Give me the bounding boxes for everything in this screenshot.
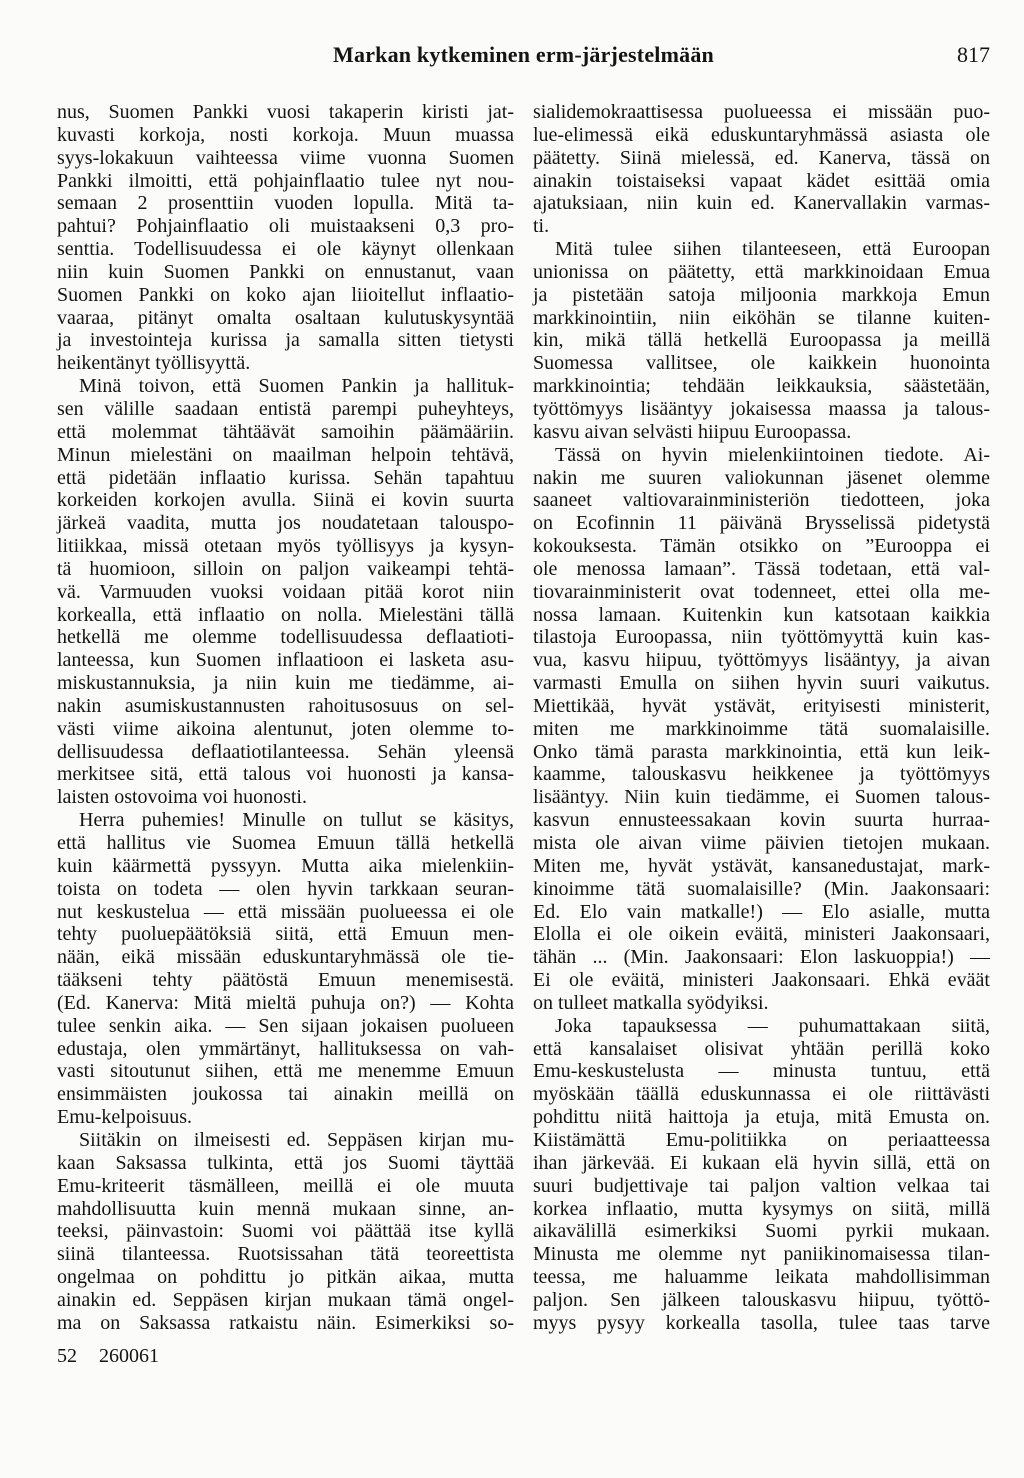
paragraph: Herra puhemies! Minulle on tullut se käs… bbox=[57, 809, 514, 1129]
print-code: 260061 bbox=[99, 1345, 159, 1367]
text-line: päätetty. Siinä mielessä, ed. Kanerva, t… bbox=[533, 147, 990, 170]
text-line: syys-lokakuun vaihteessa viime vuonna Su… bbox=[57, 147, 514, 170]
text-line: lanteessa, kun Suomen inflaatioon ei las… bbox=[57, 649, 514, 672]
page-footer: 52 260061 bbox=[57, 1344, 159, 1368]
text-line: merkitsee sitä, että talous voi huonosti… bbox=[57, 763, 514, 786]
text-line: senttia. Todellisuudessa ei ole käynyt o… bbox=[57, 238, 514, 261]
text-line: Miten me, hyvät ystävät, kansanedustajat… bbox=[533, 855, 990, 878]
text-line: että molemmat tähtäävät samoihin päämäär… bbox=[57, 421, 514, 444]
text-line: varmasti Emulla on siihen hyvin suuri va… bbox=[533, 672, 990, 695]
text-line: Suomen Pankki on koko ajan liioitellut i… bbox=[57, 284, 514, 307]
text-line: aikavälillä esimerkiksi Suomi pyrkii muk… bbox=[533, 1220, 990, 1243]
text-line: ja investointeja kurissa ja samalla sitt… bbox=[57, 329, 514, 352]
text-line: nus, Suomen Pankki vuosi takaperin kiris… bbox=[57, 101, 514, 124]
text-line: nakin asumiskustannusten rahoitusosuus o… bbox=[57, 695, 514, 718]
text-line: kasvun ennusteessakaan kovin suurta hurr… bbox=[533, 809, 990, 832]
text-line: edustaja, olen ymmärtänyt, hallituksessa… bbox=[57, 1038, 514, 1061]
text-line: Emu-keskustelusta — minusta tuntuu, että bbox=[533, 1060, 990, 1083]
text-line: unionissa on päätetty, että markkinoidaa… bbox=[533, 261, 990, 284]
text-line: heikentänyt työllisyyttä. bbox=[57, 352, 514, 375]
text-line: mahdollisuutta kuin mennä mukaan sinne, … bbox=[57, 1198, 514, 1221]
text-line: ainakin toistaiseksi vapaat kädet esittä… bbox=[533, 170, 990, 193]
text-line: Tässä on hyvin mielenkiintoinen tiedote.… bbox=[533, 444, 990, 467]
text-line: vasti sitoutunut siihen, että me menemme… bbox=[57, 1060, 514, 1083]
text-line: saaneet valtiovarainministeriön tiedotte… bbox=[533, 489, 990, 512]
text-line: tähän ... (Min. Jaakonsaari: Elon laskuo… bbox=[533, 946, 990, 969]
text-line: ensimmäisten joukossa tai ainakin meillä… bbox=[57, 1083, 514, 1106]
running-title: Markan kytkeminen erm-järjestelmään bbox=[57, 42, 990, 68]
text-line: korkea inflaatio, mutta kysymys on siitä… bbox=[533, 1198, 990, 1221]
text-columns: nus, Suomen Pankki vuosi takaperin kiris… bbox=[57, 101, 990, 1335]
text-line: tilastoja Euroopassa, niin työttömyyttä … bbox=[533, 626, 990, 649]
text-line: Siitäkin on ilmeisesti ed. Seppäsen kirj… bbox=[57, 1129, 514, 1152]
text-line: paljon. Sen jälkeen talouskasvu hiipuu, … bbox=[533, 1289, 990, 1312]
text-line: markkinointia; tehdään leikkauksia, sääs… bbox=[533, 375, 990, 398]
text-line: miten me markkinoimme tätä suomalaisille… bbox=[533, 718, 990, 741]
text-line: tehty puoluepäätöksiä siitä, että Emuun … bbox=[57, 923, 514, 946]
text-line: pahtui? Pohjainflaatio oli muistaakseni … bbox=[57, 215, 514, 238]
text-line: Suomessa vallitsee, ole kaikkein huonoin… bbox=[533, 352, 990, 375]
text-line: myöskään täällä eduskunnassa ei ole riit… bbox=[533, 1083, 990, 1106]
text-line: ole menossa lamaan”. Tässä todetaan, ett… bbox=[533, 558, 990, 581]
text-line: niin kuin Suomen Pankki on ennustanut, v… bbox=[57, 261, 514, 284]
text-line: mista ole aivan viime päivien tietojen m… bbox=[533, 832, 990, 855]
text-line: vua, kasvu hiipuu, työttömyys lisääntyy,… bbox=[533, 649, 990, 672]
text-line: on Ecofinnin 11 päivänä Brysselissä pide… bbox=[533, 512, 990, 535]
text-line: nään, eikä missään eduskuntaryhmässä ole… bbox=[57, 946, 514, 969]
text-line: Onko tämä parasta markkinointia, että ku… bbox=[533, 741, 990, 764]
text-line: hetkellä me olemme todellisuudessa defla… bbox=[57, 626, 514, 649]
text-line: kuvasti korkoja, nosti korkoja. Muun mua… bbox=[57, 124, 514, 147]
text-line: ongelmaa on pohdittu jo pitkän aikaa, mu… bbox=[57, 1266, 514, 1289]
text-line: sen välille saadaan entistä parempi puhe… bbox=[57, 398, 514, 421]
text-line: kaan Saksassa tulkinta, että jos Suomi t… bbox=[57, 1152, 514, 1175]
text-line: että pidetään inflaatio kurissa. Sehän t… bbox=[57, 467, 514, 490]
text-line: teessa, me haluamme leikata mahdollisimm… bbox=[533, 1266, 990, 1289]
text-line: västi viime aikoina alentunut, joten ole… bbox=[57, 718, 514, 741]
text-line: lisääntyy. Niin kuin tiedämme, ei Suomen… bbox=[533, 786, 990, 809]
paragraph: Tässä on hyvin mielenkiintoinen tiedote.… bbox=[533, 444, 990, 1015]
paragraph: Minä toivon, että Suomen Pankin ja halli… bbox=[57, 375, 514, 809]
text-line: korkealla, että inflaatio on nolla. Miel… bbox=[57, 604, 514, 627]
text-line: kaamme, talouskasvu heikkenee ja työttöm… bbox=[533, 763, 990, 786]
paragraph: nus, Suomen Pankki vuosi takaperin kiris… bbox=[57, 101, 514, 375]
text-line: myys pysyy korkealla tasolla, tulee taas… bbox=[533, 1312, 990, 1335]
text-line: toista on todeta — olen hyvin tarkkaan s… bbox=[57, 878, 514, 901]
text-line: kuin käärmettä pyssyyn. Mutta aika miele… bbox=[57, 855, 514, 878]
text-line: Minä toivon, että Suomen Pankin ja halli… bbox=[57, 375, 514, 398]
text-line: Minusta me olemme nyt paniikinomaisessa … bbox=[533, 1243, 990, 1266]
text-line: ajatuksiaan, niin kuin ed. Kanervallakin… bbox=[533, 192, 990, 215]
text-line: lue-elimessä eikä eduskuntaryhmässä asia… bbox=[533, 124, 990, 147]
text-line: Ed. Elo vain matkalle!) — Elo asialle, m… bbox=[533, 901, 990, 924]
text-line: nut keskustelua — että missään puolueess… bbox=[57, 901, 514, 924]
document-page: Markan kytkeminen erm-järjestelmään 817 … bbox=[0, 0, 1024, 1478]
paragraph: Mitä tulee siihen tilanteeseen, että Eur… bbox=[533, 238, 990, 444]
text-line: semaan 2 prosenttiin vuoden lopulla. Mit… bbox=[57, 192, 514, 215]
text-line: ti. bbox=[533, 215, 990, 238]
text-line: nossa lamaan. Kuitenkin kun katsotaan ka… bbox=[533, 604, 990, 627]
paragraph: Siitäkin on ilmeisesti ed. Seppäsen kirj… bbox=[57, 1129, 514, 1335]
text-line: laisten ostovoima voi huonosti. bbox=[57, 786, 514, 809]
signature-number: 52 bbox=[57, 1345, 77, 1367]
text-line: kokouksesta. Tämän otsikko on ”Eurooppa … bbox=[533, 535, 990, 558]
text-line: vaaraa, pitänyt omalta osaltaan kulutusk… bbox=[57, 307, 514, 330]
text-line: Ei ole eväitä, ministeri Jaakonsaari. Eh… bbox=[533, 969, 990, 992]
text-line: korkeiden korkojen avulla. Siinä ei kovi… bbox=[57, 489, 514, 512]
text-line: vä. Varmuuden vuoksi voidaan pitää korot… bbox=[57, 581, 514, 604]
text-line: pohdittu niitä haittoja ja etuja, mitä E… bbox=[533, 1106, 990, 1129]
text-line: Emu-kelpoisuus. bbox=[57, 1106, 514, 1129]
text-line: ihan järkevää. Ei kukaan elä hyvin sillä… bbox=[533, 1152, 990, 1175]
text-line: litiikkaa, missä otetaan myös työllisyys… bbox=[57, 535, 514, 558]
text-line: järkeä vaadita, mutta jos noudatetaan ta… bbox=[57, 512, 514, 535]
text-line: ja pistetään satoja miljoonia markkoja E… bbox=[533, 284, 990, 307]
left-column: nus, Suomen Pankki vuosi takaperin kiris… bbox=[57, 101, 514, 1335]
text-line: on tulleet matkalla syödyiksi. bbox=[533, 992, 990, 1015]
text-line: että hallitus vie Suomea Emuun tällä het… bbox=[57, 832, 514, 855]
text-line: siinä tilanteessa. Ruotsissahan tätä teo… bbox=[57, 1243, 514, 1266]
text-line: Kiistämättä Emu-politiikka on periaattee… bbox=[533, 1129, 990, 1152]
text-line: (Ed. Kanerva: Mitä mieltä puhuja on?) — … bbox=[57, 992, 514, 1015]
text-line: ainakin ed. Seppäsen kirjan mukaan tämä … bbox=[57, 1289, 514, 1312]
text-line: Minun mielestäni on maailman helpoin teh… bbox=[57, 444, 514, 467]
right-column: sialidemokraattisessa puolueessa ei miss… bbox=[533, 101, 990, 1335]
text-line: tääkseni tehty päätöstä Emuun menemisest… bbox=[57, 969, 514, 992]
text-line: työttömyys lisääntyy jokaisessa maassa j… bbox=[533, 398, 990, 421]
text-line: että kansalaiset olisivat yhtään perillä… bbox=[533, 1038, 990, 1061]
text-line: Herra puhemies! Minulle on tullut se käs… bbox=[57, 809, 514, 832]
text-line: sialidemokraattisessa puolueessa ei miss… bbox=[533, 101, 990, 124]
text-line: Miettikää, hyvät ystävät, erityisesti mi… bbox=[533, 695, 990, 718]
page-number: 817 bbox=[957, 42, 990, 68]
text-line: kin, mikä tällä hetkellä Euroopassa ja m… bbox=[533, 329, 990, 352]
text-line: tiovarainministerit ovat todenneet, ette… bbox=[533, 581, 990, 604]
text-line: kasvu aivan selvästi hiipuu Euroopassa. bbox=[533, 421, 990, 444]
text-line: teeksi, päinvastoin: Suomi voi päättää i… bbox=[57, 1220, 514, 1243]
text-line: dellisuudessa deflaatiotilanteessa. Sehä… bbox=[57, 741, 514, 764]
text-line: kinoimme tätä suomalaisille? (Min. Jaako… bbox=[533, 878, 990, 901]
text-line: Joka tapauksessa — puhumattakaan siitä, bbox=[533, 1015, 990, 1038]
text-line: ma on Saksassa ratkaistu näin. Esimerkik… bbox=[57, 1312, 514, 1335]
text-line: Mitä tulee siihen tilanteeseen, että Eur… bbox=[533, 238, 990, 261]
text-line: markkinointiin, niin eiköhän se tilanne … bbox=[533, 307, 990, 330]
text-line: miskustannuksia, ja niin kuin me tiedämm… bbox=[57, 672, 514, 695]
text-line: Elolla ei ole oikein eväitä, ministeri J… bbox=[533, 923, 990, 946]
text-line: tulee senkin aika. — Sen sijaan jokaisen… bbox=[57, 1015, 514, 1038]
paragraph: sialidemokraattisessa puolueessa ei miss… bbox=[533, 101, 990, 238]
text-line: Emu-kriteerit täsmälleen, meillä ei ole … bbox=[57, 1175, 514, 1198]
text-line: Pankki ilmoitti, että pohjainflaatio tul… bbox=[57, 170, 514, 193]
page-header: Markan kytkeminen erm-järjestelmään 817 bbox=[57, 42, 990, 72]
text-line: suuri budjettivaje tai paljon valtion ve… bbox=[533, 1175, 990, 1198]
text-line: tä huomioon, silloin on paljon vaikeampi… bbox=[57, 558, 514, 581]
paragraph: Joka tapauksessa — puhumattakaan siitä,e… bbox=[533, 1015, 990, 1335]
text-line: nakin me suuren valiokunnan jäsenet olem… bbox=[533, 467, 990, 490]
